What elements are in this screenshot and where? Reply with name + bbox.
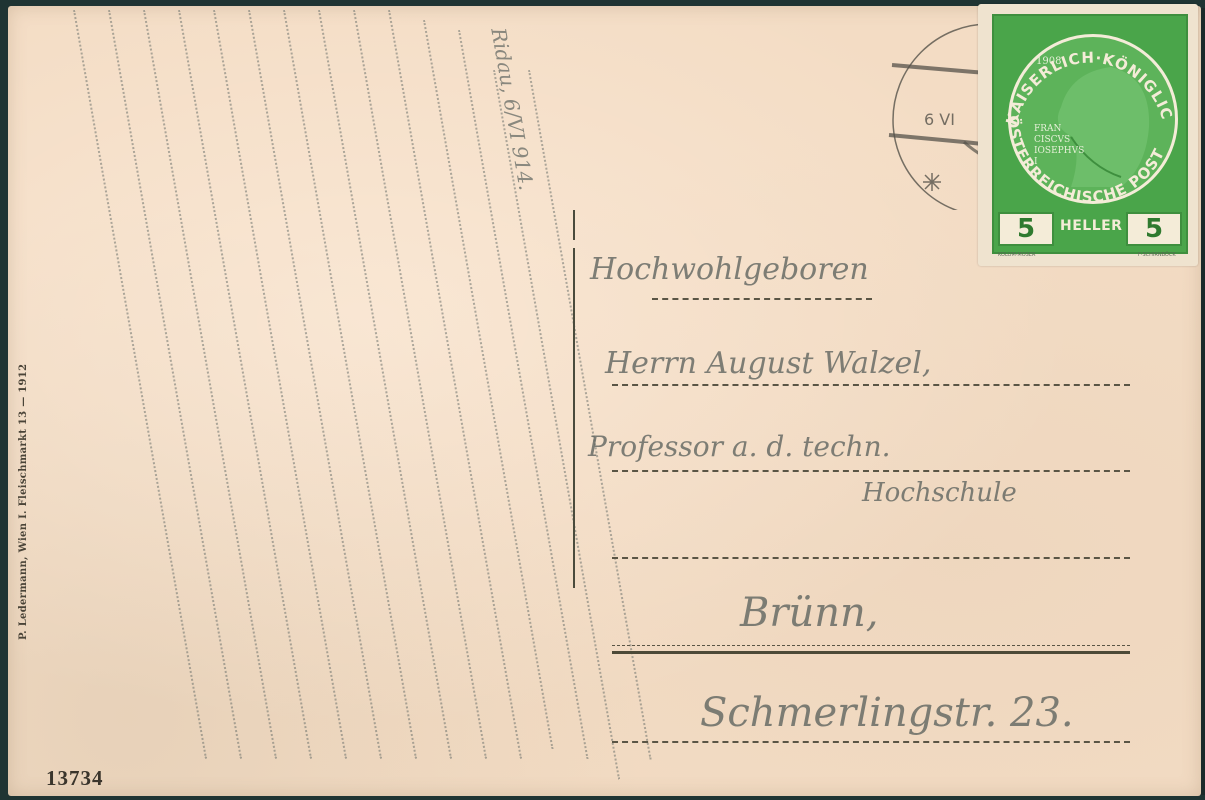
stamp-designer-left: KOLOM·MOSER [998,252,1035,258]
stamp-frame: 1908 FRAN CISCVS IOSEPHVS I KAISERLICH·K… [992,14,1188,254]
address-rule-2 [612,384,1130,386]
address-line-1: Hochwohlgeboren [590,252,869,287]
stamp-value-right: 5 [1126,212,1182,246]
svg-text:6 VI: 6 VI [924,110,955,129]
address-rule-3 [612,470,1130,472]
center-divider [573,248,575,588]
center-divider-top [573,210,575,240]
svg-text:ÖSTERREICHISCHE POST: ÖSTERREICHISCHE POST [1004,115,1169,206]
address-rule-5-solid [612,651,1130,654]
address-line-2: Herrn August Walzel, [605,346,931,381]
handwritten-message [40,10,570,780]
postage-stamp: 1908 FRAN CISCVS IOSEPHVS I KAISERLICH·K… [978,4,1198,266]
serial-number: 13734 [46,766,104,791]
address-rule-4 [612,557,1130,559]
address-line-3: Professor a. d. techn. [588,430,891,463]
stamp-value-left: 5 [998,212,1054,246]
publisher-imprint: P. Ledermann, Wien I. Fleischmarkt 13 — … [18,364,29,640]
stamp-designer-right: F·SCHIRNBÖCK [1138,252,1176,258]
address-rule-1 [652,298,872,300]
address-line-4: Hochschule [862,478,1017,508]
stamp-inscription-ring: KAISERLICH·KÖNIGLICHE ÖSTERREICHISCHE PO… [994,16,1186,216]
stamp-denomination: HELLER [1060,218,1122,234]
svg-text:KAISERLICH·KÖNIGLICHE: KAISERLICH·KÖNIGLICHE [994,16,1176,127]
address-line-6: Schmerlingstr. 23. [700,690,1074,736]
address-rule-5 [612,645,1130,646]
address-rule-6 [612,741,1130,743]
address-line-5: Brünn, [740,590,879,636]
